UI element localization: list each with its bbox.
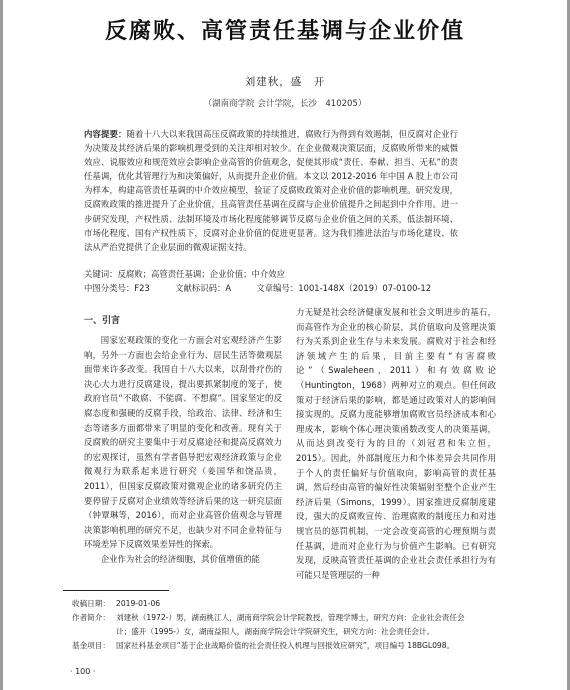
- fund-label: 基金项目：: [72, 639, 116, 653]
- body-column-right: 力无疑是社会经济健康发展和社会文明进步的基石，而高管作为企业的核心阶层，其价值取…: [296, 305, 496, 582]
- abstract-text: 随着十八大以来我国高压反腐政策的持续推进，腐败行为得到有效遏制，但反腐对企业行为…: [84, 129, 458, 252]
- body-column-left: 国家宏观政策的变化一方面会对宏观经济产生影响，另外一方面也会给企业行为、居民生活…: [84, 325, 282, 567]
- abstract: 内容提要：随着十八大以来我国高压反腐政策的持续推进，腐败行为得到有效遏制，但反腐…: [84, 127, 458, 254]
- paper-authors: 刘建秋，盛 开: [0, 74, 570, 89]
- bio-line-1: 刘建秋（1972-）男，湖南桃江人，湖南商学院会计学院教授，管理学博士，研究方向…: [116, 613, 465, 622]
- article-number-label: 文章编号：: [256, 283, 298, 293]
- clc-value: F23: [134, 283, 149, 293]
- bio-line-2: 计；盛开（1995-）女，湖南益阳人，湖南商学院会计学院研究生，研究方向：社会责…: [72, 625, 465, 639]
- received-label: 收稿日期：: [72, 597, 116, 611]
- paper-title: 反腐败、高管责任基调与企业价值: [0, 14, 570, 45]
- keywords-label: 关键词：: [84, 269, 118, 279]
- paragraph: 企业作为社会的经济细胞，其价值增值的能: [84, 552, 282, 567]
- footnote-divider: [63, 590, 169, 591]
- bio-label: 作者简介：: [72, 611, 116, 625]
- paper-page: 反腐败、高管责任基调与企业价值 刘建秋，盛 开 （湖南商学院 会计学院，长沙 4…: [0, 0, 570, 690]
- fund-value: 国家社科基金项目“基于企业战略价值的社会责任投入机理与回报效应研究”，项目编号 …: [116, 641, 454, 650]
- received-value: 2019-01-06: [116, 599, 160, 608]
- article-number-value: 1001-148X（2019）07-0100-12: [298, 283, 431, 293]
- keywords-row: 关键词：反腐败；高管责任基调；企业价值；中介效应: [84, 268, 285, 280]
- paper-affiliation: （湖南商学院 会计学院，长沙 410205）: [0, 97, 570, 109]
- paragraph: 国家宏观政策的变化一方面会对宏观经济产生影响，另外一方面也会给企业行为、居民生活…: [84, 333, 282, 552]
- footnote-received: 收稿日期：2019-01-06: [72, 597, 160, 611]
- footnote-funding: 基金项目：国家社科基金项目“基于企业战略价值的社会责任投入机理与回报效应研究”，…: [72, 639, 454, 653]
- clc-label: 中图分类号：: [84, 283, 134, 293]
- classification-row: 中图分类号：F23 文献标识码：A 文章编号：1001-148X（2019）07…: [84, 282, 431, 294]
- keywords-text: 反腐败；高管责任基调；企业价值；中介效应: [118, 269, 286, 279]
- doc-code-value: A: [225, 283, 231, 293]
- abstract-label: 内容提要：: [84, 129, 127, 139]
- paragraph: 力无疑是社会经济健康发展和社会文明进步的基石，而高管作为企业的核心阶层，其价值取…: [296, 305, 496, 582]
- doc-code-label: 文献标识码：: [175, 283, 225, 293]
- footnote-author-bio: 作者简介：刘建秋（1972-）男，湖南桃江人，湖南商学院会计学院教授，管理学博士…: [72, 611, 465, 639]
- page-number: · 100 ·: [70, 667, 95, 676]
